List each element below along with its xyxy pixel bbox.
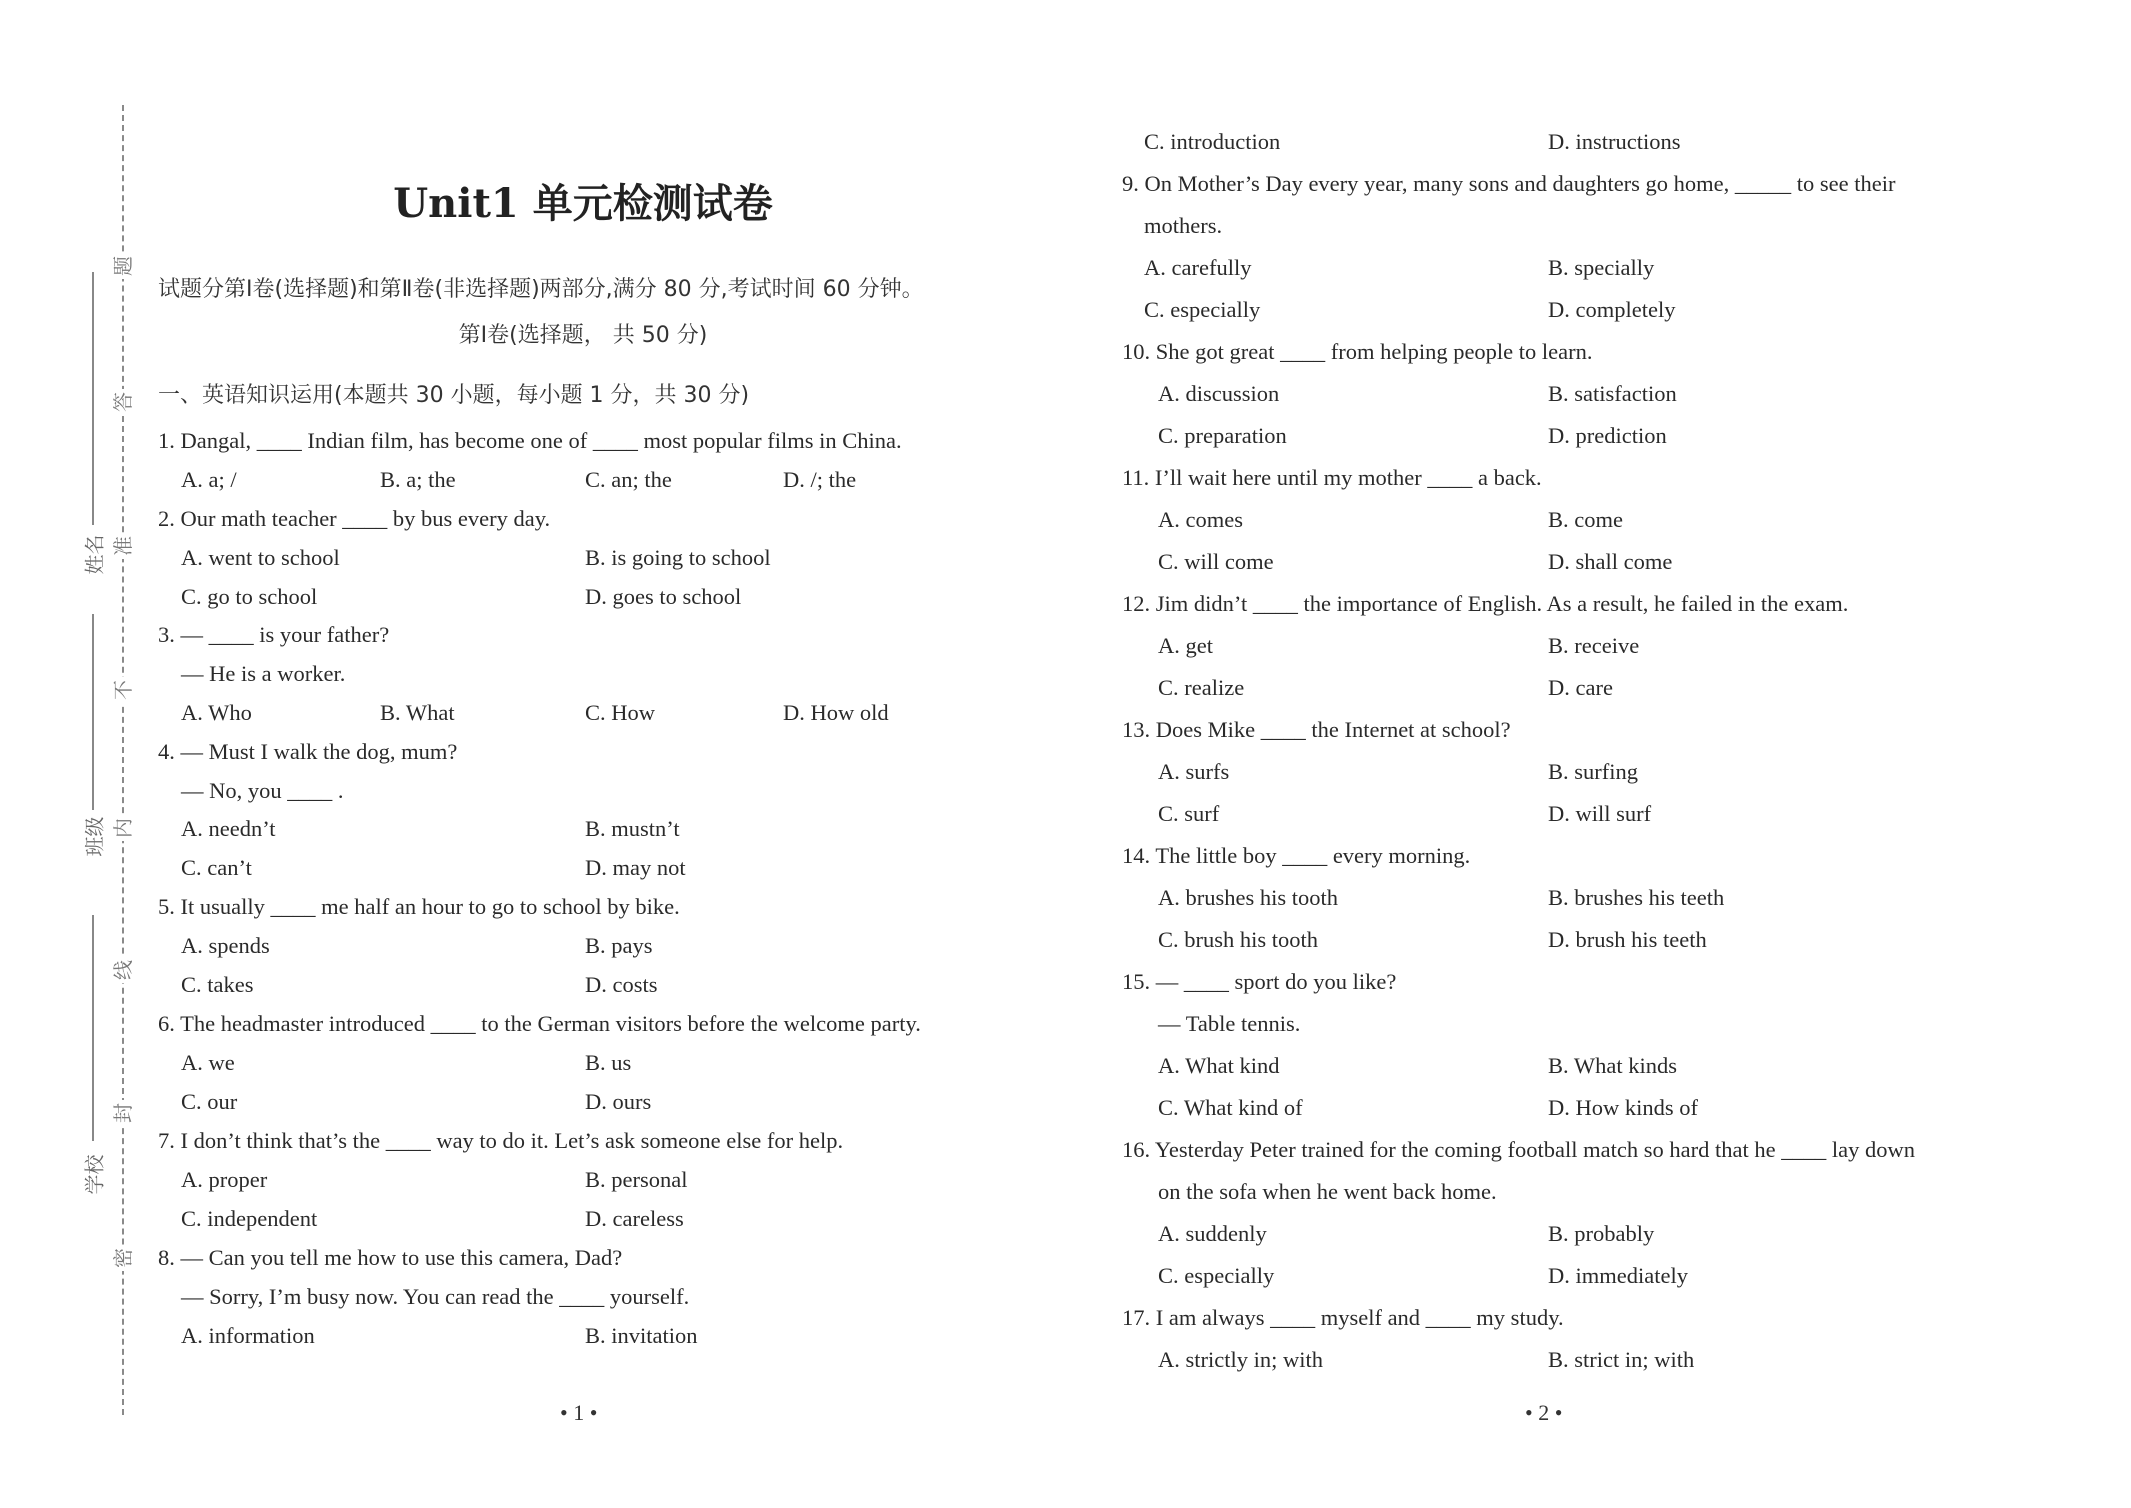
page-number: • 2 • (1525, 1400, 1562, 1426)
question-stem: 17. I am always ____ myself and ____ my … (1122, 1305, 1564, 1331)
school-field-label: 学校 (79, 1150, 108, 1200)
option-d[interactable]: D. immediately (1548, 1263, 1688, 1289)
option-b[interactable]: B. specially (1548, 255, 1654, 281)
option-a[interactable]: A. surfs (1158, 759, 1229, 785)
option-c[interactable]: C. our (181, 1089, 237, 1115)
option-b[interactable]: B. What kinds (1548, 1053, 1677, 1079)
option-c[interactable]: C. introduction (1144, 129, 1280, 155)
option-b[interactable]: B. personal (585, 1167, 687, 1193)
option-c[interactable]: C. independent (181, 1206, 317, 1232)
option-a[interactable]: A. carefully (1144, 255, 1251, 281)
option-a[interactable]: A. a; / (181, 467, 237, 493)
option-d[interactable]: D. careless (585, 1206, 684, 1232)
option-c[interactable]: C. can’t (181, 855, 252, 881)
option-c[interactable]: C. realize (1158, 675, 1244, 701)
option-b[interactable]: B. is going to school (585, 545, 771, 571)
seal-char: 不 (110, 677, 136, 703)
page-number: • 1 • (560, 1400, 597, 1426)
option-b[interactable]: B. surfing (1548, 759, 1638, 785)
question-stem: 3. — ____ is your father? (158, 622, 389, 648)
option-d[interactable]: D. care (1548, 675, 1613, 701)
option-a[interactable]: A. get (1158, 633, 1213, 659)
option-a[interactable]: A. strictly in; with (1158, 1347, 1323, 1373)
option-b[interactable]: B. probably (1548, 1221, 1654, 1247)
option-c[interactable]: C. preparation (1158, 423, 1287, 449)
question-stem: 5. It usually ____ me half an hour to go… (158, 894, 680, 920)
option-d[interactable]: D. How kinds of (1548, 1095, 1698, 1121)
seal-dashed-line (122, 105, 124, 1415)
exam-title: Unit1 单元检测试卷 (158, 172, 1008, 229)
question-stem: 13. Does Mike ____ the Internet at schoo… (1122, 717, 1511, 743)
option-d[interactable]: D. instructions (1548, 129, 1681, 155)
option-d[interactable]: D. brush his teeth (1548, 927, 1707, 953)
question-stem: 15. — ____ sport do you like? (1122, 969, 1396, 995)
part-heading: 一、英语知识运用(本题共 30 小题，每小题 1 分，共 30 分) (158, 378, 1008, 409)
option-c[interactable]: C. will come (1158, 549, 1274, 575)
option-d[interactable]: D. prediction (1548, 423, 1667, 449)
question-stem: 7. I don’t think that’s the ____ way to … (158, 1128, 843, 1154)
option-a[interactable]: A. we (181, 1050, 235, 1076)
option-c[interactable]: C. especially (1158, 1263, 1274, 1289)
option-b[interactable]: B. come (1548, 507, 1623, 533)
question-stem-reply: — Sorry, I’m busy now. You can read the … (181, 1284, 689, 1310)
question-stem: 14. The little boy ____ every morning. (1122, 843, 1470, 869)
option-d[interactable]: D. /; the (783, 467, 856, 493)
option-c[interactable]: C. go to school (181, 584, 317, 610)
option-d[interactable]: D. How old (783, 700, 889, 726)
option-a[interactable]: A. brushes his tooth (1158, 885, 1338, 911)
question-stem-reply: — Table tennis. (1158, 1011, 1300, 1037)
option-a[interactable]: A. What kind (1158, 1053, 1279, 1079)
question-stem-reply: — No, you ____ . (181, 778, 344, 804)
question-stem-reply: — He is a worker. (181, 661, 345, 687)
option-a[interactable]: A. comes (1158, 507, 1243, 533)
question-stem: 4. — Must I walk the dog, mum? (158, 739, 457, 765)
option-b[interactable]: B. receive (1548, 633, 1639, 659)
question-stem: 11. I’ll wait here until my mother ____ … (1122, 465, 1542, 491)
school-fill-line[interactable] (92, 915, 94, 1141)
option-b[interactable]: B. strict in; with (1548, 1347, 1694, 1373)
option-c[interactable]: C. takes (181, 972, 254, 998)
option-a[interactable]: A. Who (181, 700, 252, 726)
option-d[interactable]: D. shall come (1548, 549, 1672, 575)
question-stem: 9. On Mother’s Day every year, many sons… (1122, 171, 1896, 197)
option-a[interactable]: A. information (181, 1323, 315, 1349)
question-stem: 2. Our math teacher ____ by bus every da… (158, 506, 550, 532)
seal-char: 密 (110, 1245, 136, 1271)
name-fill-line[interactable] (92, 272, 94, 525)
option-d[interactable]: D. ours (585, 1089, 651, 1115)
option-c[interactable]: C. brush his tooth (1158, 927, 1318, 953)
option-b[interactable]: B. pays (585, 933, 653, 959)
class-field-label: 班级 (79, 812, 108, 862)
option-a[interactable]: A. spends (181, 933, 270, 959)
seal-char: 内 (110, 815, 136, 841)
seal-char: 答 (110, 389, 136, 415)
option-c[interactable]: C. an; the (585, 467, 672, 493)
question-stem-cont: mothers. (1144, 213, 1222, 239)
option-b[interactable]: B. mustn’t (585, 816, 680, 842)
option-d[interactable]: D. goes to school (585, 584, 741, 610)
question-stem: 1. Dangal, ____ Indian film, has become … (158, 428, 902, 454)
section-heading: 第Ⅰ卷(选择题， 共 50 分) (158, 318, 1008, 349)
question-stem: 10. She got great ____ from helping peop… (1122, 339, 1593, 365)
option-a[interactable]: A. needn’t (181, 816, 276, 842)
option-c[interactable]: C. What kind of (1158, 1095, 1303, 1121)
option-a[interactable]: A. suddenly (1158, 1221, 1267, 1247)
option-a[interactable]: A. discussion (1158, 381, 1279, 407)
option-a[interactable]: A. went to school (181, 545, 340, 571)
option-b[interactable]: B. satisfaction (1548, 381, 1677, 407)
option-c[interactable]: C. How (585, 700, 655, 726)
question-stem: 8. — Can you tell me how to use this cam… (158, 1245, 622, 1271)
seal-char: 题 (110, 253, 136, 279)
option-b[interactable]: B. a; the (380, 467, 456, 493)
seal-char: 线 (110, 957, 136, 983)
option-b[interactable]: B. What (380, 700, 455, 726)
option-a[interactable]: A. proper (181, 1167, 267, 1193)
question-stem: 12. Jim didn’t ____ the importance of En… (1122, 591, 1848, 617)
question-stem: 6. The headmaster introduced ____ to the… (158, 1011, 921, 1037)
question-stem-cont: on the sofa when he went back home. (1158, 1179, 1497, 1205)
option-d[interactable]: D. may not (585, 855, 686, 881)
option-b[interactable]: B. us (585, 1050, 631, 1076)
option-d[interactable]: D. will surf (1548, 801, 1651, 827)
option-b[interactable]: B. invitation (585, 1323, 698, 1349)
question-stem: 16. Yesterday Peter trained for the comi… (1122, 1137, 1915, 1163)
option-d[interactable]: D. completely (1548, 297, 1675, 323)
option-c[interactable]: C. surf (1158, 801, 1219, 827)
seal-char: 封 (110, 1100, 136, 1126)
class-fill-line[interactable] (92, 614, 94, 810)
binding-margin: 题 答 准 不 内 线 封 密 姓名 班级 学校 (0, 0, 150, 1508)
name-field-label: 姓名 (79, 530, 108, 580)
seal-char: 准 (110, 533, 136, 559)
option-c[interactable]: C. especially (1144, 297, 1260, 323)
exam-instructions: 试题分第Ⅰ卷(选择题)和第Ⅱ卷(非选择题)两部分,满分 80 分,考试时间 60… (158, 272, 1008, 303)
option-d[interactable]: D. costs (585, 972, 658, 998)
option-b[interactable]: B. brushes his teeth (1548, 885, 1724, 911)
